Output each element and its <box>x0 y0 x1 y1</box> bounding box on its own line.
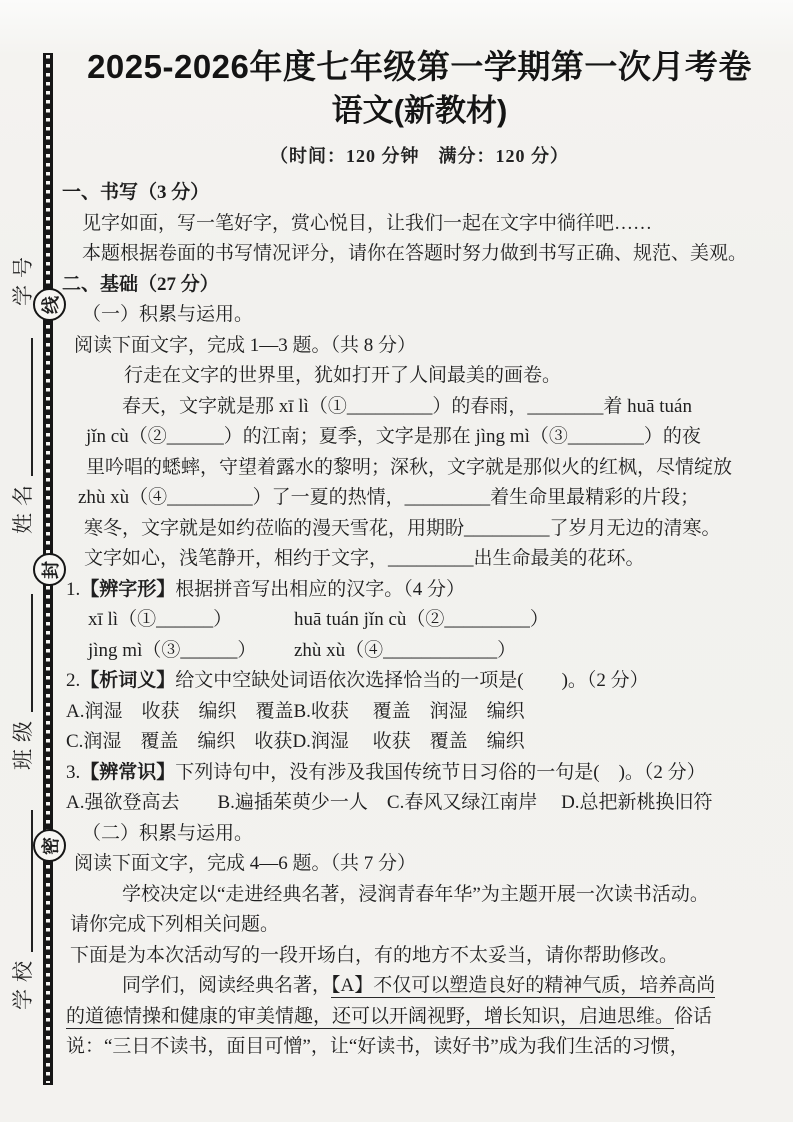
seal-circle-mi: 密 <box>33 829 66 862</box>
text-segment: 3. <box>66 762 80 783</box>
underlined-text: 的道德情操和健康的审美情趣，还可以开阔视野，增长知识，启迪思维。 <box>66 1006 674 1029</box>
text-segment: 学校决定以“走进经典名著，浸润青春年华”为主题开展一次读书活动。 <box>122 884 709 905</box>
text-segment: D.润湿 收获 覆盖 编织 <box>292 731 524 752</box>
text-line: jìng mì（③______）zhù xù（④____________） <box>0 636 793 667</box>
text-segment: B.收获 覆盖 润湿 编织 <box>293 701 524 722</box>
text-line: 文字如心，浅笔静开，相约于文字，_________出生命最美的花环。 <box>0 544 793 575</box>
text-segment: 1. <box>66 579 80 600</box>
seal-char-mi: 密 <box>37 837 63 855</box>
page-subtitle: 语文(新教材) <box>58 94 781 128</box>
text-line: 下面是为本次活动写的一段开场白，有的地方不太妥当，请你帮助修改。 <box>0 941 793 972</box>
text-segment: 给文中空缺处词语依次选择恰当的一项是( )。（2 分） <box>175 670 648 691</box>
text-segment: zhù xù（④____________） <box>294 640 516 661</box>
text-line: A.强欲登高去 B.遍插茱萸少一人 C.春风又绿江南岸 D.总把新桃换旧符 <box>0 788 793 819</box>
text-line: 阅读下面文字，完成 4—6 题。（共 7 分） <box>0 849 793 880</box>
text-line: 一、书写（3 分） <box>0 178 793 209</box>
text-segment: 下列诗句中，没有涉及我国传统节日习俗的一句是( )。（2 分） <box>175 762 705 783</box>
text-segment: huā tuán jǐn cù（②_________） <box>294 609 549 630</box>
text-segment: A.强欲登高去 B.遍插茱萸少一人 C.春风又绿江南岸 D.总把新桃换旧符 <box>66 792 713 813</box>
seal-char-xian: 线 <box>37 296 63 314</box>
text-segment: （二）积累与运用。 <box>82 823 253 844</box>
text-segment: 里吟唱的蟋蟀，守望着露水的黎明；深秋，文字就是那似火的红枫，尽情绽放 <box>86 457 732 478</box>
text-segment: （一）积累与运用。 <box>82 304 253 325</box>
seal-circle-feng: 封 <box>33 553 66 586</box>
text-line: （二）积累与运用。 <box>0 819 793 850</box>
text-segment: 一、书写（3 分） <box>62 182 209 203</box>
seal-char-feng: 封 <box>37 561 63 579</box>
seal-circle-xian: 线 <box>33 288 66 321</box>
text-segment: 寒冬，文字就是如约莅临的漫天雪花，用期盼_________了岁月无边的清寒。 <box>84 518 721 539</box>
text-segment: 文字如心，浅笔静开，相约于文字，_________出生命最美的花环。 <box>84 548 645 569</box>
text-line: 本题根据卷面的书写情况评分，请你在答题时努力做到书写正确、规范、美观。 <box>0 239 793 270</box>
text-segment: 阅读下面文字，完成 4—6 题。（共 7 分） <box>74 853 416 874</box>
text-segment: 本题根据卷面的书写情况评分，请你在答题时努力做到书写正确、规范、美观。 <box>82 243 747 264</box>
text-line: 说：“三日不读书，面目可憎”，让“好读书，读好书”成为我们生活的习惯， <box>0 1032 793 1063</box>
text-line: 1.【辨字形】根据拼音写出相应的汉字。（4 分） <box>0 575 793 606</box>
text-segment: jǐn cù（②______）的江南；夏季，文字是那在 jìng mì（③___… <box>86 426 701 447</box>
text-segment: C.润湿 覆盖 编织 收获 <box>66 727 292 758</box>
text-line: （一）积累与运用。 <box>0 300 793 331</box>
text-segment: 见字如面，写一笔好字，赏心悦目，让我们一起在文字中徜徉吧…… <box>82 213 652 234</box>
text-segment: 请你完成下列相关问题。 <box>70 914 279 935</box>
text-segment: 二、基础（27 分） <box>62 274 219 295</box>
text-line: 寒冬，文字就是如约莅临的漫天雪花，用期盼_________了岁月无边的清寒。 <box>0 514 793 545</box>
text-segment: 【析词义】 <box>80 670 175 691</box>
text-segment: 下面是为本次活动写的一段开场白，有的地方不太妥当，请你帮助修改。 <box>70 945 678 966</box>
text-line: 同学们，阅读经典名著，【A】不仅可以塑造良好的精神气质，培养高尚 <box>0 971 793 1002</box>
text-line: 二、基础（27 分） <box>0 270 793 301</box>
text-segment: xī lì（①______） <box>88 605 294 636</box>
text-segment: 阅读下面文字，完成 1—3 题。（共 8 分） <box>74 335 416 356</box>
text-segment: 俗话 <box>674 1006 712 1027</box>
text-line: jǐn cù（②______）的江南；夏季，文字是那在 jìng mì（③___… <box>0 422 793 453</box>
text-segment: 【辨常识】 <box>80 762 175 783</box>
text-line: 见字如面，写一笔好字，赏心悦目，让我们一起在文字中徜徉吧…… <box>0 209 793 240</box>
text-line: C.润湿 覆盖 编织 收获D.润湿 收获 覆盖 编织 <box>0 727 793 758</box>
text-line: 请你完成下列相关问题。 <box>0 910 793 941</box>
content-lines: 一、书写（3 分）见字如面，写一笔好字，赏心悦目，让我们一起在文字中徜徉吧……本… <box>0 178 793 1063</box>
text-segment: 同学们，阅读经典名著， <box>122 975 331 996</box>
text-segment: zhù xù（④_________）了一夏的热情，_________着生命里最精… <box>78 487 699 508</box>
text-line: 3.【辨常识】下列诗句中，没有涉及我国传统节日习俗的一句是( )。（2 分） <box>0 758 793 789</box>
text-segment: A.润湿 收获 编织 覆盖 <box>66 697 293 728</box>
text-line: 里吟唱的蟋蟀，守望着露水的黎明；深秋，文字就是那似火的红枫，尽情绽放 <box>0 453 793 484</box>
text-segment: 根据拼音写出相应的汉字。（4 分） <box>175 579 465 600</box>
page-title: 2025-2026年度七年级第一学期第一次月考卷 <box>58 48 781 86</box>
text-line: 行走在文字的世界里，犹如打开了人间最美的画卷。 <box>0 361 793 392</box>
exam-meta: （时间：120 分钟 满分：120 分） <box>58 142 781 168</box>
text-line: A.润湿 收获 编织 覆盖B.收获 覆盖 润湿 编织 <box>0 697 793 728</box>
text-line: 的道德情操和健康的审美情趣，还可以开阔视野，增长知识，启迪思维。俗话 <box>0 1002 793 1033</box>
text-segment: jìng mì（③______） <box>88 636 294 667</box>
text-segment: 【辨字形】 <box>80 579 175 600</box>
text-segment: 春天，文字就是那 xī lì（①_________）的春雨，________着 … <box>122 396 692 417</box>
underlined-text: 【A】不仅可以塑造良好的精神气质，培养高尚 <box>331 975 715 998</box>
text-line: zhù xù（④_________）了一夏的热情，_________着生命里最精… <box>0 483 793 514</box>
text-segment: 行走在文字的世界里，犹如打开了人间最美的画卷。 <box>124 365 561 386</box>
text-segment: 2. <box>66 670 80 691</box>
text-line: 阅读下面文字，完成 1—3 题。（共 8 分） <box>0 331 793 362</box>
paper-header: 2025-2026年度七年级第一学期第一次月考卷 语文(新教材) （时间：120… <box>58 48 781 168</box>
exam-page: 线 封 密 学号 姓名 班级 学校 2025-2026年度七年级第一学期第一次月… <box>0 0 793 1122</box>
text-line: 学校决定以“走进经典名著，浸润青春年华”为主题开展一次读书活动。 <box>0 880 793 911</box>
text-line: xī lì（①______）huā tuán jǐn cù（②_________… <box>0 605 793 636</box>
text-segment: 说：“三日不读书，面目可憎”，让“好读书，读好书”成为我们生活的习惯， <box>66 1036 689 1057</box>
text-line: 2.【析词义】给文中空缺处词语依次选择恰当的一项是( )。（2 分） <box>0 666 793 697</box>
text-line: 春天，文字就是那 xī lì（①_________）的春雨，________着 … <box>0 392 793 423</box>
